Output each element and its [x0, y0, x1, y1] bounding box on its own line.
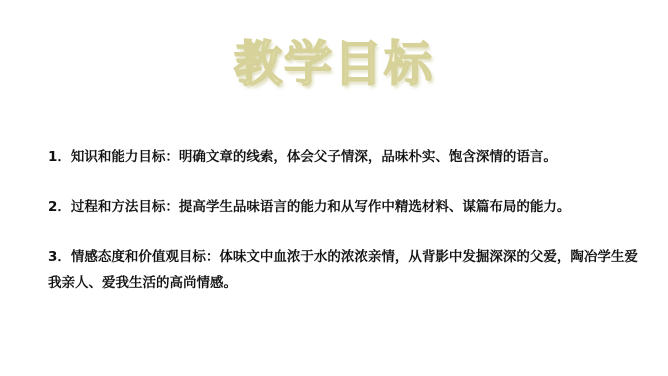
objective-number: 1．: [48, 149, 71, 165]
objective-item-3: 3．情感态度和价值观目标：体味文中血浓于水的浓浓亲情，从背影中发掘深深的父爱，陶…: [48, 244, 638, 296]
objective-item-2: 2．过程和方法目标：提高学生品味语言的能力和从写作中精选材料、谋篇布局的能力。: [48, 194, 638, 220]
objectives-list: 1．知识和能力目标：明确文章的线索，体会父子情深，品味朴实、饱含深情的语言。 2…: [48, 144, 638, 320]
objective-text: 情感态度和价值观目标：体味文中血浓于水的浓浓亲情，从背影中发掘深深的父爱，陶冶学…: [48, 249, 638, 291]
objective-text: 过程和方法目标：提高学生品味语言的能力和从写作中精选材料、谋篇布局的能力。: [71, 199, 571, 215]
objective-number: 2．: [48, 199, 71, 215]
objective-number: 3．: [48, 249, 71, 265]
objective-item-1: 1．知识和能力目标：明确文章的线索，体会父子情深，品味朴实、饱含深情的语言。: [48, 144, 638, 170]
slide: 教学目标 1．知识和能力目标：明确文章的线索，体会父子情深，品味朴实、饱含深情的…: [0, 0, 668, 376]
slide-title: 教学目标: [0, 34, 668, 94]
objective-text: 知识和能力目标：明确文章的线索，体会父子情深，品味朴实、饱含深情的语言。: [71, 149, 557, 165]
